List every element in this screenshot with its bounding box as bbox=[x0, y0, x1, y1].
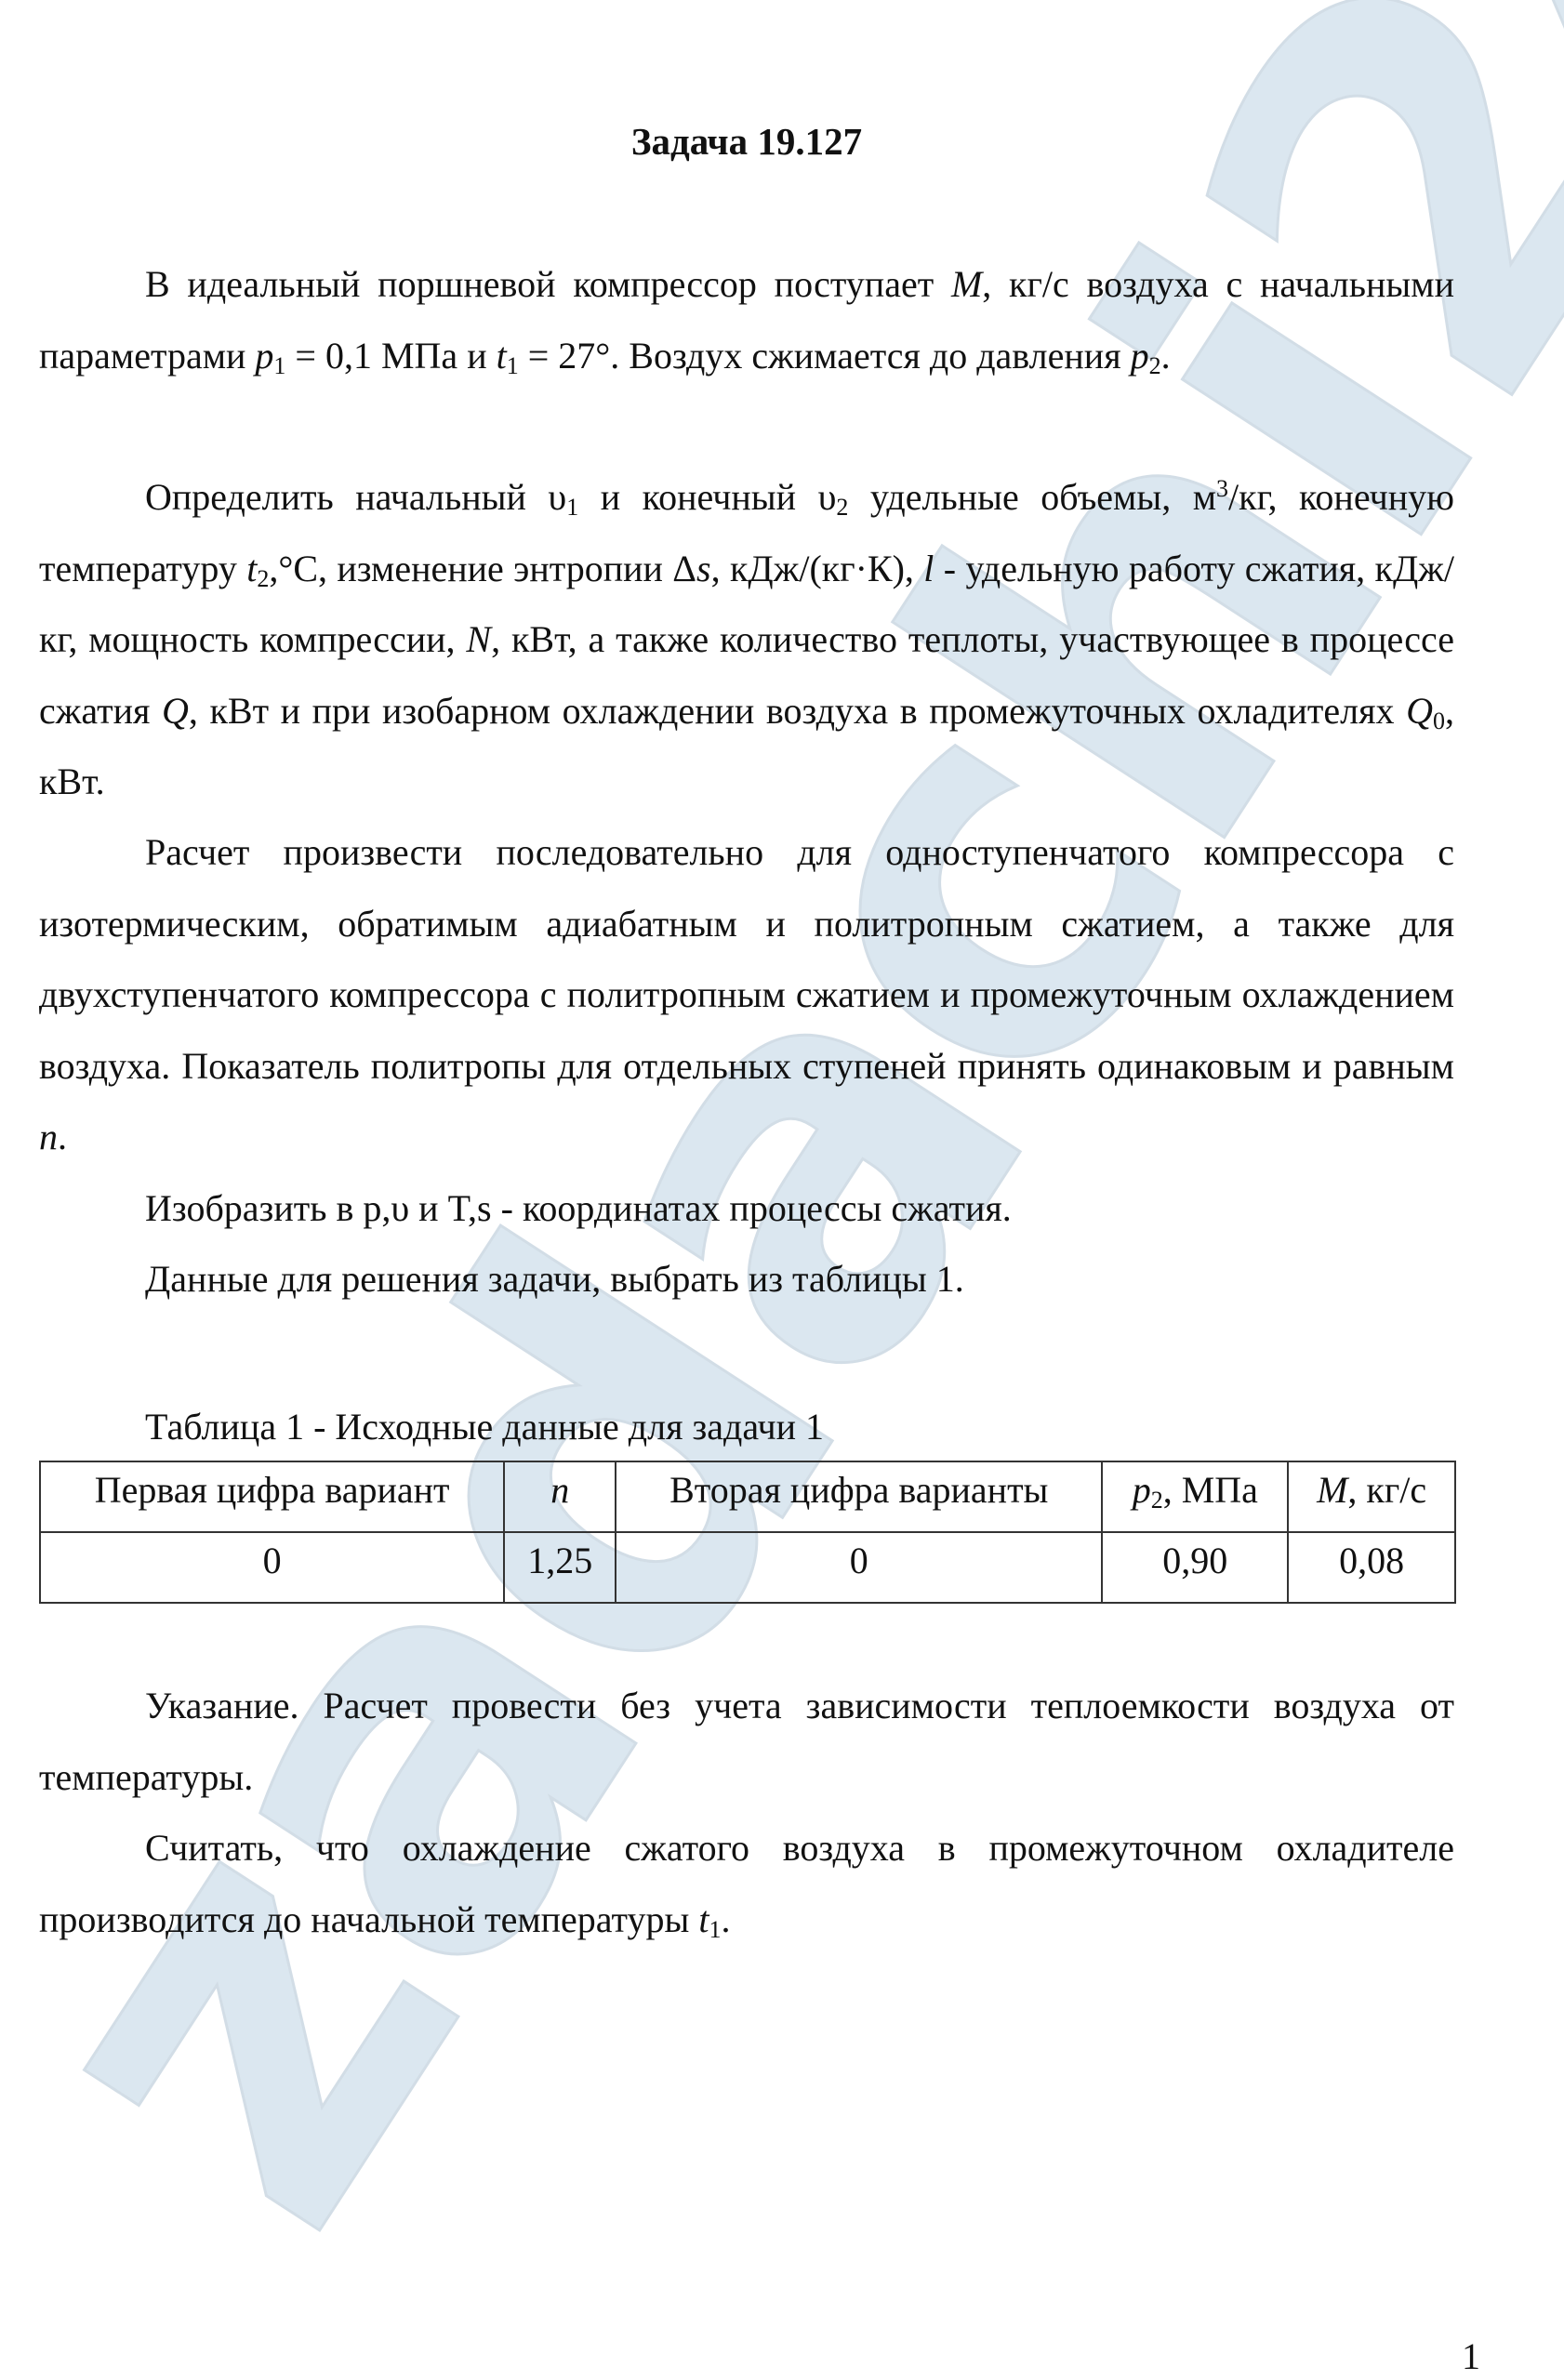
paragraph-cooling: Считать, что охлаждение сжатого воздуха … bbox=[39, 1813, 1454, 1955]
paragraph-data-source: Данные для решения задачи, выбрать из та… bbox=[39, 1244, 1454, 1316]
source-data-table: Первая цифра вариант n Вторая цифра вари… bbox=[39, 1461, 1456, 1604]
header-m: M, кг/с bbox=[1288, 1461, 1455, 1532]
table-header-row: Первая цифра вариант n Вторая цифра вари… bbox=[40, 1461, 1455, 1532]
paragraph-problem-statement: В идеальный поршневой компрессор поступа… bbox=[39, 249, 1454, 391]
paragraph-note: Указание. Расчет провести без учета зави… bbox=[39, 1671, 1454, 1813]
table-row: 0 1,25 0 0,90 0,08 bbox=[40, 1532, 1455, 1603]
paragraph-draw: Изобразить в p,υ и T,s - координатах про… bbox=[39, 1173, 1454, 1245]
header-p2: p2, МПа bbox=[1102, 1461, 1288, 1532]
table-caption: Таблица 1 - Исходные данные для задачи 1 bbox=[145, 1399, 824, 1455]
paragraph-calculation: Расчет произвести последовательно для од… bbox=[39, 817, 1454, 1173]
cell-m: 0,08 bbox=[1288, 1532, 1455, 1603]
cell-second-digit: 0 bbox=[616, 1532, 1102, 1603]
header-second-digit: Вторая цифра варианты bbox=[616, 1461, 1102, 1532]
header-first-digit: Первая цифра вариант bbox=[40, 1461, 504, 1532]
header-n: n bbox=[504, 1461, 616, 1532]
paragraph-determine: Определить начальный υ1 и конечный υ2 уд… bbox=[39, 462, 1454, 818]
cell-n: 1,25 bbox=[504, 1532, 616, 1603]
cell-first-digit: 0 bbox=[40, 1532, 504, 1603]
page-title: Задача 19.127 bbox=[39, 113, 1454, 169]
page-number: 1 bbox=[1462, 2338, 1480, 2375]
cell-p2: 0,90 bbox=[1102, 1532, 1288, 1603]
